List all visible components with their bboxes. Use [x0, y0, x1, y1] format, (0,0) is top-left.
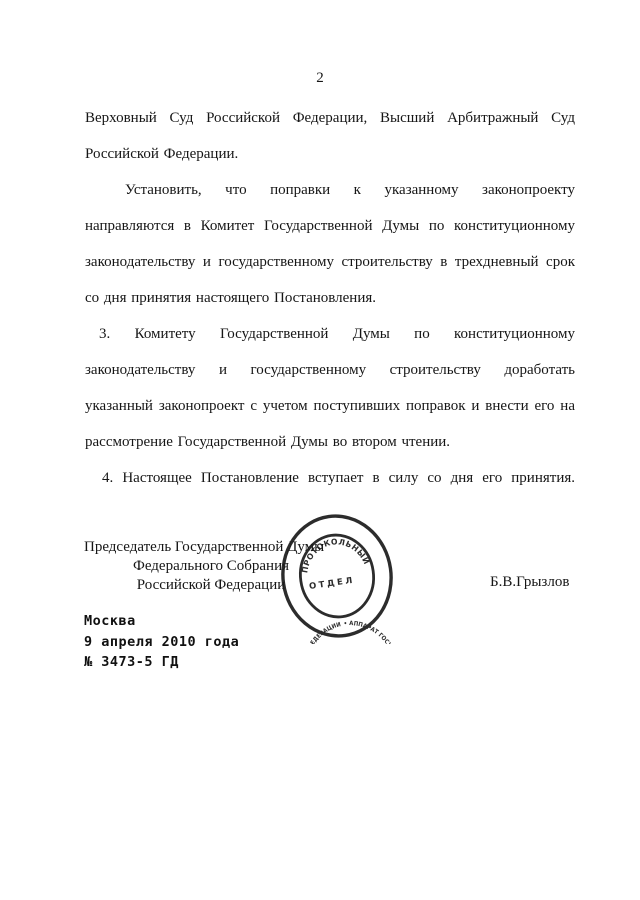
body-line: законодательству и государственному стро… — [85, 252, 575, 273]
body-line: 4. Настоящее Постановление вступает в си… — [85, 468, 575, 489]
signature-title-line: Председатель Государственной Думы — [84, 538, 338, 557]
body-line: рассмотрение Государственной Думы во вто… — [85, 432, 575, 453]
body-line: Установить, что поправки к указанному за… — [85, 180, 575, 201]
signature-title-line: Российской Федерации — [84, 576, 338, 595]
body-line: законодательству и государственному стро… — [85, 360, 575, 381]
document-page: 2 Верховный Суд Российской Федерации, Вы… — [0, 0, 640, 900]
footer-date: 9 апреля 2010 года — [84, 632, 239, 653]
signature-title-block: Председатель Государственной Думы Федера… — [84, 538, 338, 595]
stamp-ring-text: • АППАРАТ ГОСУДАРСТВЕННОЙ ДУМЫ ФЕДЕРАЛЬН… — [292, 613, 399, 644]
body-line: указанный законопроект с учетом поступив… — [85, 396, 575, 417]
signature-title-line: Федерального Собрания — [84, 557, 338, 576]
signature-name: Б.В.Грызлов — [490, 574, 569, 591]
footer-block: Москва 9 апреля 2010 года № 3473-5 ГД — [84, 611, 239, 673]
footer-doc-number: № 3473-5 ГД — [84, 652, 239, 673]
body-line: Верховный Суд Российской Федерации, Высш… — [85, 108, 575, 129]
footer-city: Москва — [84, 611, 239, 632]
body-line: Российской Федерации. — [85, 144, 575, 165]
page-number: 2 — [0, 70, 640, 87]
body-line: направляются в Комитет Государственной Д… — [85, 216, 575, 237]
body-line: 3. Комитету Государственной Думы по конс… — [85, 324, 575, 345]
body-line: со дня принятия настоящего Постановления… — [85, 288, 575, 309]
